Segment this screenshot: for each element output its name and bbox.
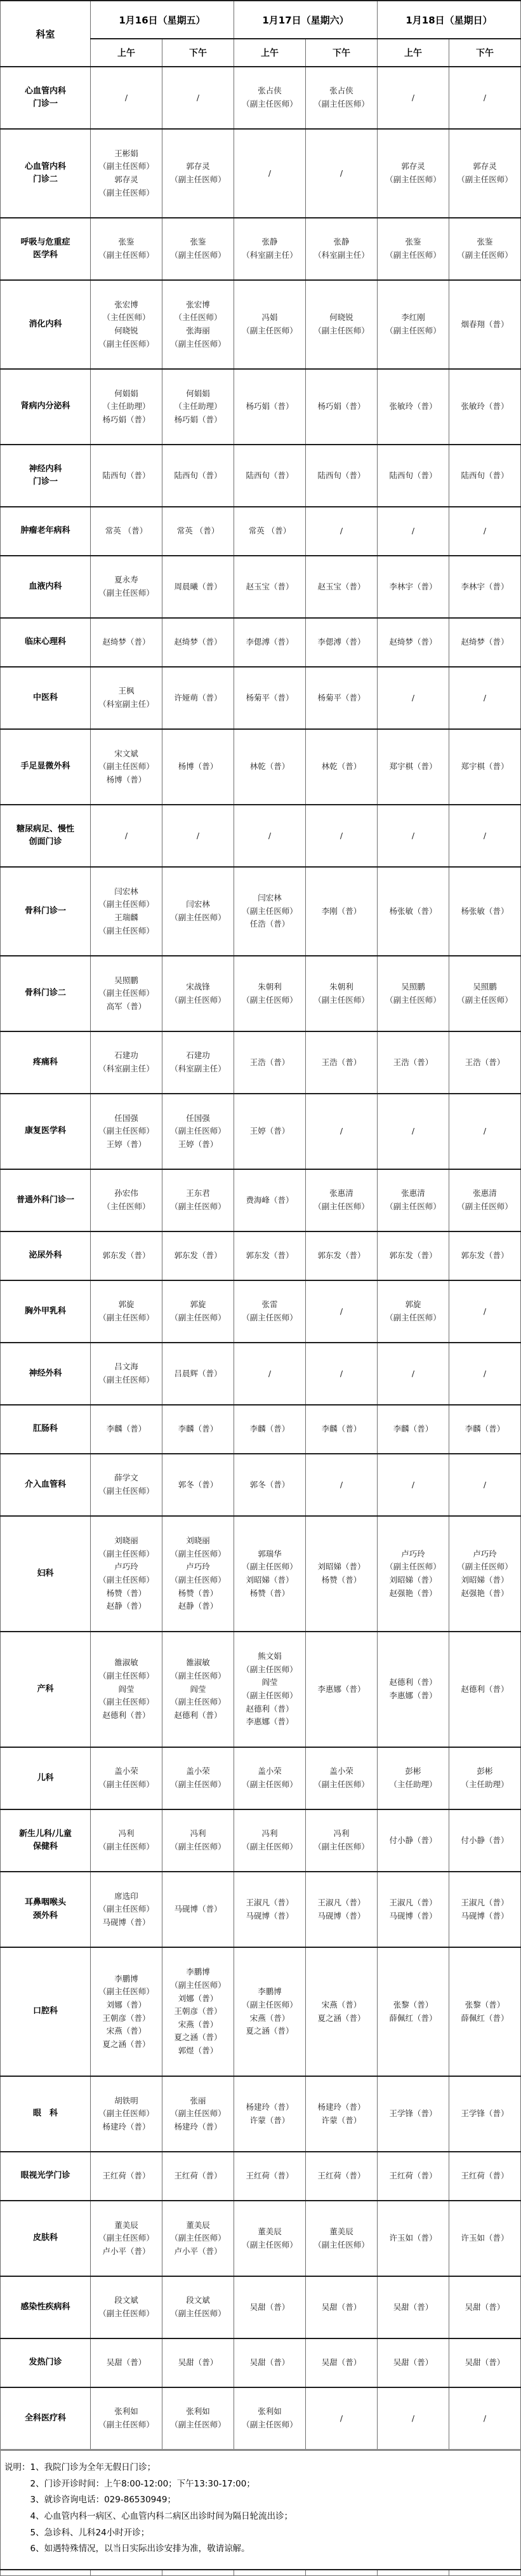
dept-label: 发热门诊 [1, 2338, 91, 2387]
schedule-cell: 席选印（副主任医师）马砚博（普） [91, 1872, 162, 1947]
schedule-cell: 李惠娜（普） [306, 1632, 378, 1747]
schedule-cell: 陆西旬（普） [449, 445, 521, 507]
schedule-cell: 许玉如（普） [378, 2201, 449, 2276]
schedule-cell: / [449, 67, 521, 129]
schedule-cell: 盖小荣（副主任医师） [234, 1747, 306, 1809]
stub-cell [234, 2570, 306, 2576]
schedule-row: 新生儿科/儿童保健科冯利（副主任医师）冯利（副主任医师）冯利（副主任医师）冯利（… [1, 1809, 521, 1872]
schedule-cell: 张丽（副主任医师）杨建玲（普） [162, 2076, 234, 2152]
schedule-cell: 吴照鹏（副主任医师） [378, 956, 449, 1031]
schedule-cell: 冯娟（副主任医师） [234, 280, 306, 369]
schedule-cell: 陆西旬（普） [378, 445, 449, 507]
schedule-cell: / [449, 2387, 521, 2450]
schedule-cell: 张占侠（副主任医师） [234, 67, 306, 129]
dept-label: 耳鼻咽喉头颈外科 [1, 1872, 91, 1947]
schedule-row: 肛肠科李麟（普）李麟（普）李麟（普）李麟（普）李麟（普）李麟（普） [1, 1405, 521, 1454]
header-day-row: 科室 1月16日（星期五） 1月17日（星期六） 1月18日（星期日） [1, 1, 521, 39]
schedule-cell: / [449, 507, 521, 556]
dept-label: 产科 [1, 1632, 91, 1747]
schedule-cell: 任国强（副主任医师）王婷（普） [91, 1094, 162, 1169]
note-item-6: 6、如遇特殊情况，以当日实际出诊安排为准，敬请谅解。 [30, 2541, 293, 2558]
schedule-cell: 盖小荣（副主任医师） [162, 1747, 234, 1809]
dept-label: 介入血管科 [1, 1454, 91, 1516]
schedule-row: 肾病内分泌科何娟娟（主任助理）杨巧娟（普）何娟娟（主任助理）杨巧娟（普）杨巧娟（… [1, 369, 521, 445]
schedule-cell: / [91, 67, 162, 129]
schedule-cell: / [449, 1280, 521, 1343]
am-header-jan16: 上午 [91, 39, 162, 67]
schedule-cell: 彭彬（主任助理） [378, 1747, 449, 1809]
dept-label: 肿瘤老年病科 [1, 507, 91, 556]
schedule-cell: 董美辰（副主任医师） [234, 2201, 306, 2276]
note-item-4: 4、心血管内科一病区、心血管内科二病区出诊时间为隔日轮流出诊； [30, 2509, 293, 2525]
schedule-cell: / [449, 1454, 521, 1516]
schedule-cell: / [306, 129, 378, 218]
schedule-cell: 朱朝利（副主任医师） [306, 956, 378, 1031]
schedule-cell: 许玉如（普） [449, 2201, 521, 2276]
schedule-cell: 王红荷（普） [378, 2152, 449, 2201]
schedule-row: 儿科盖小荣（副主任医师）盖小荣（副主任医师）盖小荣（副主任医师）盖小荣（副主任医… [1, 1747, 521, 1809]
schedule-cell: 张敏玲（普） [378, 369, 449, 445]
schedule-cell: / [378, 67, 449, 129]
schedule-row: 骨科门诊二吴照鹏（副主任医师）高军（普）宋战锋（副主任医师）朱朝利（副主任医师）… [1, 956, 521, 1031]
schedule-cell: 雒淑敏（副主任医师）阎莹（副主任医师）赵德利（普） [162, 1632, 234, 1747]
notes-block: 说明： 1、我院门诊为全年无假日门诊； 2、门诊开诊时间：上午8:00-12:0… [4, 2460, 517, 2558]
schedule-cell: / [449, 1094, 521, 1169]
schedule-cell: 李偲溥（普） [234, 618, 306, 667]
schedule-cell: 盖小荣（副主任医师） [91, 1747, 162, 1809]
schedule-cell: 吴照鹏（副主任医师）高军（普） [91, 956, 162, 1031]
schedule-cell: 彭彬（主任助理） [449, 1747, 521, 1809]
schedule-cell: 张静（科室副主任） [234, 218, 306, 280]
schedule-cell: 杨博（普） [162, 729, 234, 805]
stub-cell [306, 2570, 378, 2576]
schedule-cell: 吴甜（普） [306, 2338, 378, 2387]
schedule-row: 心血管内科门诊二王彬娟（副主任医师）郭存灵（副主任医师）郭存灵（副主任医师）//… [1, 129, 521, 218]
note-item-5: 5、急诊科、儿科24小时开诊； [30, 2525, 293, 2542]
schedule-cell: 赵绮梦（普） [378, 618, 449, 667]
schedule-row: 介入血管科薛学文（副主任医师）郭冬（普）郭冬（普）/// [1, 1454, 521, 1516]
schedule-cell: 陆西旬（普） [234, 445, 306, 507]
schedule-cell: 郭瑞华（副主任医师）刘昭娣（普）杨赞（普） [234, 1516, 306, 1632]
schedule-cell: 董美辰（副主任医师） [306, 2201, 378, 2276]
schedule-cell: 陆西旬（普） [306, 445, 378, 507]
schedule-row: 普通外科门诊一孙宏伟（主任医师）王东君（副主任医师）费海峰（普）张惠清（副主任医… [1, 1169, 521, 1231]
schedule-cell: 张占侠（副主任医师） [306, 67, 378, 129]
schedule-cell: 张惠清（副主任医师） [378, 1169, 449, 1231]
schedule-cell: 王东君（副主任医师） [162, 1169, 234, 1231]
dept-label: 全科医疗科 [1, 2387, 91, 2450]
schedule-cell: 郭存灵（副主任医师） [162, 129, 234, 218]
schedule-row: 泌尿外科郭东发（普）郭东发（普）郭东发（普）郭东发（普）郭东发（普）郭东发（普） [1, 1231, 521, 1280]
schedule-cell: 宋燕（普）夏之涵（普） [306, 1947, 378, 2076]
stub-cell [162, 2570, 234, 2576]
schedule-cell: 张宏博（主任医师）何晓锐（副主任医师） [91, 280, 162, 369]
schedule-cell: 张雷（副主任医师） [234, 1280, 306, 1343]
schedule-cell: 王浩（普） [306, 1031, 378, 1094]
schedule-cell: 刘晓丽（副主任医师）卢巧玲（副主任医师）杨赞（普）赵静（普） [91, 1516, 162, 1632]
dept-label: 妇科 [1, 1516, 91, 1632]
schedule-row: 妇科刘晓丽（副主任医师）卢巧玲（副主任医师）杨赞（普）赵静（普）刘晓丽（副主任医… [1, 1516, 521, 1632]
pm-header-jan17: 下午 [306, 39, 378, 67]
schedule-cell: 李偲溥（普） [306, 618, 378, 667]
schedule-cell: 李麟（普） [306, 1405, 378, 1454]
note-item-3: 3、就诊咨询电话：029-86530949； [30, 2492, 293, 2509]
schedule-cell: 张利如（副主任医师） [234, 2387, 306, 2450]
schedule-cell: 张鉴（副主任医师） [378, 218, 449, 280]
schedule-row: 产科雒淑敏（副主任医师）阎莹（副主任医师）赵德利（普）雒淑敏（副主任医师）阎莹（… [1, 1632, 521, 1747]
schedule-row: 血液内科夏永寿（副主任医师）周晨曦（普）赵玉宝（普）赵玉宝（普）李林宇（普）李林… [1, 556, 521, 618]
schedule-cell: / [162, 67, 234, 129]
schedule-cell: / [306, 2387, 378, 2450]
schedule-cell: / [378, 1454, 449, 1516]
schedule-cell: 宋战锋（副主任医师） [162, 956, 234, 1031]
day-header-jan18: 1月18日（星期日） [378, 1, 521, 39]
dept-label: 泌尿外科 [1, 1231, 91, 1280]
schedule-cell: / [162, 805, 234, 867]
schedule-cell: 王红荷（普） [234, 2152, 306, 2201]
schedule-cell: 杨巧娟（普） [306, 369, 378, 445]
schedule-cell: 张鉴（副主任医师） [162, 218, 234, 280]
dept-label: 康复医学科 [1, 1094, 91, 1169]
schedule-cell: 段文斌（副主任医师） [162, 2276, 234, 2338]
schedule-cell: 张宏博（主任医师）张海丽（副主任医师） [162, 280, 234, 369]
schedule-cell: 王红荷（普） [306, 2152, 378, 2201]
schedule-cell: 王红荷（普） [91, 2152, 162, 2201]
note-item-1: 1、我院门诊为全年无假日门诊； [30, 2460, 293, 2476]
schedule-cell: 张利如（副主任医师） [162, 2387, 234, 2450]
dept-label: 眼视光学门诊 [1, 2152, 91, 2201]
stub-cell [378, 2570, 449, 2576]
schedule-cell: 郭旋（副主任医师） [162, 1280, 234, 1343]
schedule-cell: 朱朝利（副主任医师） [234, 956, 306, 1031]
schedule-cell: / [378, 805, 449, 867]
schedule-cell: 费海峰（普） [234, 1169, 306, 1231]
schedule-cell: 郭东发（普） [378, 1231, 449, 1280]
schedule-cell: 何娟娟（主任助理）杨巧娟（普） [91, 369, 162, 445]
schedule-cell: 刘晓丽（副主任医师）卢巧玲（副主任医师）杨赞（普）赵静（普） [162, 1516, 234, 1632]
schedule-cell: 赵绮梦（普） [449, 618, 521, 667]
stub-cell [449, 2570, 521, 2576]
schedule-row: 全科医疗科张利如（副主任医师）张利如（副主任医师）张利如（副主任医师）/// [1, 2387, 521, 2450]
schedule-cell: 李麟（普） [91, 1405, 162, 1454]
schedule-cell: 杨建玲（普）许蒙（普） [306, 2076, 378, 2152]
schedule-cell: 李鹏博（副主任医师）宋燕（普）夏之涵（普） [234, 1947, 306, 2076]
schedule-cell: 刘昭娣（普）杨赞（普） [306, 1516, 378, 1632]
schedule-cell: 吴甜（普） [306, 2276, 378, 2338]
schedule-row: 眼视光学门诊王红荷（普）王红荷（普）王红荷（普）王红荷（普）王红荷（普）王红荷（… [1, 2152, 521, 2201]
schedule-cell: 王枫（科室副主任） [91, 667, 162, 729]
schedule-cell: 张鉴（副主任医师） [449, 218, 521, 280]
schedule-cell: 李鹏博（副主任医师）刘娜（普）王朝彦（普）宋燕（普）夏之涵（普）郭煜（普） [162, 1947, 234, 2076]
schedule-cell: 吴甜（普） [91, 2338, 162, 2387]
schedule-cell: 林乾（普） [306, 729, 378, 805]
schedule-row: 心血管内科门诊一//张占侠（副主任医师）张占侠（副主任医师）// [1, 67, 521, 129]
schedule-cell: 杨张敏（普） [449, 867, 521, 956]
schedule-cell: 闫宏林（副主任医师）任浩（普） [234, 867, 306, 956]
dept-label: 心血管内科门诊二 [1, 129, 91, 218]
note-item-2: 2、门诊开诊时间：上午8:00-12:00；下午13:30-17:00； [30, 2476, 293, 2493]
schedule-cell: 胡铁明（副主任医师）杨建玲（普） [91, 2076, 162, 2152]
schedule-cell: 吴甜（普） [234, 2338, 306, 2387]
schedule-cell: 夏永寿（副主任医师） [91, 556, 162, 618]
schedule-cell: 卢巧玲（副主任医师）刘昭娣（普）赵强艳（普） [378, 1516, 449, 1632]
dept-label: 胸外甲乳科 [1, 1280, 91, 1343]
schedule-cell: 张惠清（副主任医师） [306, 1169, 378, 1231]
schedule-cell: 赵德利（普） [449, 1632, 521, 1747]
schedule-cell: 王学锋（普） [449, 2076, 521, 2152]
schedule-cell: 吴甜（普） [378, 2338, 449, 2387]
schedule-cell: 张惠清（副主任医师） [449, 1169, 521, 1231]
schedule-cell: / [306, 1454, 378, 1516]
schedule-cell: 郭旋（副主任医师） [91, 1280, 162, 1343]
schedule-cell: 李刚（普） [306, 867, 378, 956]
schedule-cell: 许娅萌（普） [162, 667, 234, 729]
dept-label: 手足显微外科 [1, 729, 91, 805]
schedule-cell: 王婷（普） [234, 1094, 306, 1169]
schedule-cell: 吴甜（普） [449, 2338, 521, 2387]
day-header-jan17: 1月17日（星期六） [234, 1, 378, 39]
schedule-cell: 吴甜（普） [162, 2338, 234, 2387]
schedule-cell: 冯利（副主任医师） [91, 1809, 162, 1872]
schedule-cell: 张利如（副主任医师） [91, 2387, 162, 2450]
schedule-cell: 郭存灵（副主任医师） [378, 129, 449, 218]
schedule-cell: 李林宇（普） [449, 556, 521, 618]
schedule-cell: 陆西旬（普） [162, 445, 234, 507]
schedule-cell: / [306, 1280, 378, 1343]
schedule-cell: 郑宇棋（普） [378, 729, 449, 805]
dept-label: 糖尿病足、慢性创面门诊 [1, 805, 91, 867]
dept-label: 感染性疾病科 [1, 2276, 91, 2338]
schedule-row: 耳鼻咽喉头颈外科席选印（副主任医师）马砚博（普）马砚博（普）王淑凡（普）马砚博（… [1, 1872, 521, 1947]
schedule-cell: 段文斌（副主任医师） [91, 2276, 162, 2338]
schedule-cell: / [378, 667, 449, 729]
schedule-cell: 孙宏伟（主任医师） [91, 1169, 162, 1231]
schedule-cell: 郭东发（普） [234, 1231, 306, 1280]
schedule-cell: 熊文娟（副主任医师）阎莹（副主任医师）赵德利（普）李惠娜（普） [234, 1632, 306, 1747]
dept-label: 肛肠科 [1, 1405, 91, 1454]
schedule-cell: 吕晨辉（普） [162, 1343, 234, 1405]
schedule-cell: 郑宇棋（普） [449, 729, 521, 805]
schedule-cell: 吴照鹏（副主任医师） [449, 956, 521, 1031]
dept-label: 中医科 [1, 667, 91, 729]
schedule-cell: / [91, 805, 162, 867]
schedule-cell: 付小静（普） [378, 1809, 449, 1872]
dept-label: 普通外科门诊一 [1, 1169, 91, 1231]
schedule-page: 科室 1月16日（星期五） 1月17日（星期六） 1月18日（星期日） 上午 下… [0, 0, 521, 2576]
schedule-cell: / [306, 507, 378, 556]
schedule-cell: 薛学文（副主任医师） [91, 1454, 162, 1516]
schedule-cell: / [234, 805, 306, 867]
pm-header-jan18: 下午 [449, 39, 521, 67]
schedule-cell: / [378, 507, 449, 556]
schedule-row: 皮肤科董美辰（副主任医师）卢小平（普）董美辰（副主任医师）卢小平（普）董美辰（副… [1, 2201, 521, 2276]
schedule-cell: / [449, 805, 521, 867]
schedule-row: 发热门诊吴甜（普）吴甜（普）吴甜（普）吴甜（普）吴甜（普）吴甜（普） [1, 2338, 521, 2387]
schedule-cell: 杨张敏（普） [378, 867, 449, 956]
dept-label: 消化内科 [1, 280, 91, 369]
schedule-cell: 李麟（普） [378, 1405, 449, 1454]
schedule-cell: 李麟（普） [162, 1405, 234, 1454]
schedule-cell: 石建功（科室副主任） [91, 1031, 162, 1094]
schedule-cell: 郭东发（普） [449, 1231, 521, 1280]
schedule-cell: 杨菊平（普） [234, 667, 306, 729]
schedule-cell: 冯利（副主任医师） [234, 1809, 306, 1872]
schedule-cell: 赵玉宝（普） [306, 556, 378, 618]
schedule-cell: 王浩（普） [449, 1031, 521, 1094]
schedule-cell: 烟春翔（普） [449, 280, 521, 369]
schedule-row: 肿瘤老年病科常英 （普）常英 （普）常英 （普）/// [1, 507, 521, 556]
schedule-cell: / [306, 805, 378, 867]
schedule-cell: 王浩（普） [378, 1031, 449, 1094]
schedule-row: 感染性疾病科段文斌（副主任医师）段文斌（副主任医师）吴甜（普）吴甜（普）吴甜（普… [1, 2276, 521, 2338]
schedule-cell: / [378, 2387, 449, 2450]
schedule-cell: 赵德利（普）李惠娜（普） [378, 1632, 449, 1747]
schedule-cell: 张静（科室副主任） [306, 218, 378, 280]
schedule-cell: / [234, 1343, 306, 1405]
stub-cell [91, 2570, 162, 2576]
schedule-cell: 吴甜（普） [234, 2276, 306, 2338]
schedule-cell: / [449, 1343, 521, 1405]
schedule-cell: 张黎（普）薛佩红（普） [378, 1947, 449, 2076]
schedule-cell: 宋文斌（副主任医师）杨博（普） [91, 729, 162, 805]
schedule-cell: 董美辰（副主任医师）卢小平（普） [91, 2201, 162, 2276]
dept-label: 骨科门诊一 [1, 867, 91, 956]
schedule-cell: 马砚博（普） [162, 1872, 234, 1947]
am-header-jan18: 上午 [378, 39, 449, 67]
schedule-cell: 冯利（副主任医师） [306, 1809, 378, 1872]
schedule-cell: 王淑凡（普）马砚博（普） [234, 1872, 306, 1947]
bottom-stub-row [1, 2570, 521, 2576]
schedule-row: 临床心理科赵绮梦（普）赵绮梦（普）李偲溥（普）李偲溥（普）赵绮梦（普）赵绮梦（普… [1, 618, 521, 667]
notes-cell: 说明： 1、我院门诊为全年无假日门诊； 2、门诊开诊时间：上午8:00-12:0… [1, 2450, 521, 2570]
schedule-cell: 闫宏林（副主任医师） [162, 867, 234, 956]
schedule-cell: 冯利（副主任医师） [162, 1809, 234, 1872]
schedule-cell: 郭东发（普） [306, 1231, 378, 1280]
schedule-cell: 郭旋（副主任医师） [378, 1280, 449, 1343]
schedule-cell: 盖小荣（副主任医师） [306, 1747, 378, 1809]
schedule-cell: 陆西旬（普） [91, 445, 162, 507]
notes-label: 说明： [4, 2460, 30, 2558]
schedule-cell: 李鹏博（副主任医师）刘娜（普）王朝彦（普）宋燕（普）夏之涵（普） [91, 1947, 162, 2076]
schedule-cell: / [378, 1094, 449, 1169]
schedule-cell: 付小静（普） [449, 1809, 521, 1872]
schedule-row: 糖尿病足、慢性创面门诊////// [1, 805, 521, 867]
schedule-cell: / [306, 1343, 378, 1405]
schedule-cell: 郭存灵（副主任医师） [449, 129, 521, 218]
schedule-cell: 张鉴（副主任医师） [91, 218, 162, 280]
schedule-cell: / [378, 1343, 449, 1405]
schedule-cell: 李林宇（普） [378, 556, 449, 618]
schedule-cell: 周晨曦（普） [162, 556, 234, 618]
schedule-cell: 何娟娟（主任助理）杨巧娟（普） [162, 369, 234, 445]
schedule-row: 呼吸与危重症医学科张鉴（副主任医师）张鉴（副主任医师）张静（科室副主任）张静（科… [1, 218, 521, 280]
dept-label: 皮肤科 [1, 2201, 91, 2276]
schedule-cell: 常英 （普） [91, 507, 162, 556]
schedule-cell: 石建功（科室副主任） [162, 1031, 234, 1094]
schedule-cell: 雒淑敏（副主任医师）阎莹（副主任医师）赵德利（普） [91, 1632, 162, 1747]
schedule-cell: / [449, 667, 521, 729]
schedule-cell: 赵绮梦（普） [91, 618, 162, 667]
schedule-cell: 吕文海（副主任医师） [91, 1343, 162, 1405]
stub-cell [1, 2570, 91, 2576]
dept-label: 临床心理科 [1, 618, 91, 667]
schedule-cell: 常英 （普） [234, 507, 306, 556]
schedule-row: 疼痛科石建功（科室副主任）石建功（科室副主任）王浩（普）王浩（普）王浩（普）王浩… [1, 1031, 521, 1094]
schedule-cell: 郭东发（普） [91, 1231, 162, 1280]
schedule-cell: 郭冬（普） [162, 1454, 234, 1516]
schedule-cell: 林乾（普） [234, 729, 306, 805]
schedule-row: 神经外科吕文海（副主任医师）吕晨辉（普）//// [1, 1343, 521, 1405]
schedule-cell: 吴甜（普） [449, 2276, 521, 2338]
schedule-cell: 任国强（副主任医师）王婷（普） [162, 1094, 234, 1169]
dept-label: 呼吸与危重症医学科 [1, 218, 91, 280]
schedule-cell: 王红荷（普） [162, 2152, 234, 2201]
schedule-cell: 杨建玲（普）许蒙（普） [234, 2076, 306, 2152]
schedule-cell: 王学锋（普） [378, 2076, 449, 2152]
schedule-cell: 杨巧娟（普） [234, 369, 306, 445]
day-header-jan16: 1月16日（星期五） [91, 1, 234, 39]
schedule-cell: 郭冬（普） [234, 1454, 306, 1516]
schedule-cell: 董美辰（副主任医师）卢小平（普） [162, 2201, 234, 2276]
schedule-cell: 卢巧玲（副主任医师）刘昭娣（普）赵强艳（普） [449, 1516, 521, 1632]
schedule-row: 眼 科胡铁明（副主任医师）杨建玲（普）张丽（副主任医师）杨建玲（普）杨建玲（普）… [1, 2076, 521, 2152]
dept-label: 新生儿科/儿童保健科 [1, 1809, 91, 1872]
schedule-cell: 赵绮梦（普） [162, 618, 234, 667]
notes-row: 说明： 1、我院门诊为全年无假日门诊； 2、门诊开诊时间：上午8:00-12:0… [1, 2450, 521, 2570]
schedule-cell: / [306, 1094, 378, 1169]
schedule-cell: 王浩（普） [234, 1031, 306, 1094]
dept-label: 心血管内科门诊一 [1, 67, 91, 129]
outpatient-schedule-table: 科室 1月16日（星期五） 1月17日（星期六） 1月18日（星期日） 上午 下… [0, 0, 521, 2576]
am-header-jan17: 上午 [234, 39, 306, 67]
dept-label: 血液内科 [1, 556, 91, 618]
notes-items: 1、我院门诊为全年无假日门诊； 2、门诊开诊时间：上午8:00-12:00；下午… [30, 2460, 293, 2558]
dept-label: 神经内科门诊一 [1, 445, 91, 507]
schedule-cell: 吴甜（普） [378, 2276, 449, 2338]
schedule-row: 康复医学科任国强（副主任医师）王婷（普）任国强（副主任医师）王婷（普）王婷（普）… [1, 1094, 521, 1169]
schedule-row: 胸外甲乳科郭旋（副主任医师）郭旋（副主任医师）张雷（副主任医师）/郭旋（副主任医… [1, 1280, 521, 1343]
schedule-cell: 郭东发（普） [162, 1231, 234, 1280]
schedule-cell: 张黎（普）薛佩红（普） [449, 1947, 521, 2076]
dept-label: 疼痛科 [1, 1031, 91, 1094]
schedule-cell: 张敏玲（普） [449, 369, 521, 445]
schedule-cell: 杨菊平（普） [306, 667, 378, 729]
schedule-cell: 李红刚（副主任医师） [378, 280, 449, 369]
schedule-cell: 李麟（普） [234, 1405, 306, 1454]
dept-label: 眼 科 [1, 2076, 91, 2152]
schedule-cell: 赵玉宝（普） [234, 556, 306, 618]
schedule-row: 中医科王枫（科室副主任）许娅萌（普）杨菊平（普）杨菊平（普）// [1, 667, 521, 729]
schedule-row: 消化内科张宏博（主任医师）何晓锐（副主任医师）张宏博（主任医师）张海丽（副主任医… [1, 280, 521, 369]
dept-label: 儿科 [1, 1747, 91, 1809]
schedule-cell: / [234, 129, 306, 218]
schedule-row: 口腔科李鹏博（副主任医师）刘娜（普）王朝彦（普）宋燕（普）夏之涵（普）李鹏博（副… [1, 1947, 521, 2076]
schedule-row: 骨科门诊一闫宏林（副主任医师）王瑞麟（副主任医师）闫宏林（副主任医师）闫宏林（副… [1, 867, 521, 956]
dept-label: 神经外科 [1, 1343, 91, 1405]
schedule-row: 手足显微外科宋文斌（副主任医师）杨博（普）杨博（普）林乾（普）林乾（普）郑宇棋（… [1, 729, 521, 805]
dept-label: 口腔科 [1, 1947, 91, 2076]
dept-label: 肾病内分泌科 [1, 369, 91, 445]
schedule-cell: 闫宏林（副主任医师）王瑞麟（副主任医师） [91, 867, 162, 956]
pm-header-jan16: 下午 [162, 39, 234, 67]
schedule-cell: 王淑凡（普）马砚博（普） [449, 1872, 521, 1947]
schedule-row: 神经内科门诊一陆西旬（普）陆西旬（普）陆西旬（普）陆西旬（普）陆西旬（普）陆西旬… [1, 445, 521, 507]
dept-label: 骨科门诊二 [1, 956, 91, 1031]
corner-header-dept: 科室 [1, 1, 91, 67]
schedule-cell: 王红荷（普） [449, 2152, 521, 2201]
schedule-cell: 何晓锐（副主任医师） [306, 280, 378, 369]
schedule-cell: 王淑凡（普）马砚博（普） [378, 1872, 449, 1947]
